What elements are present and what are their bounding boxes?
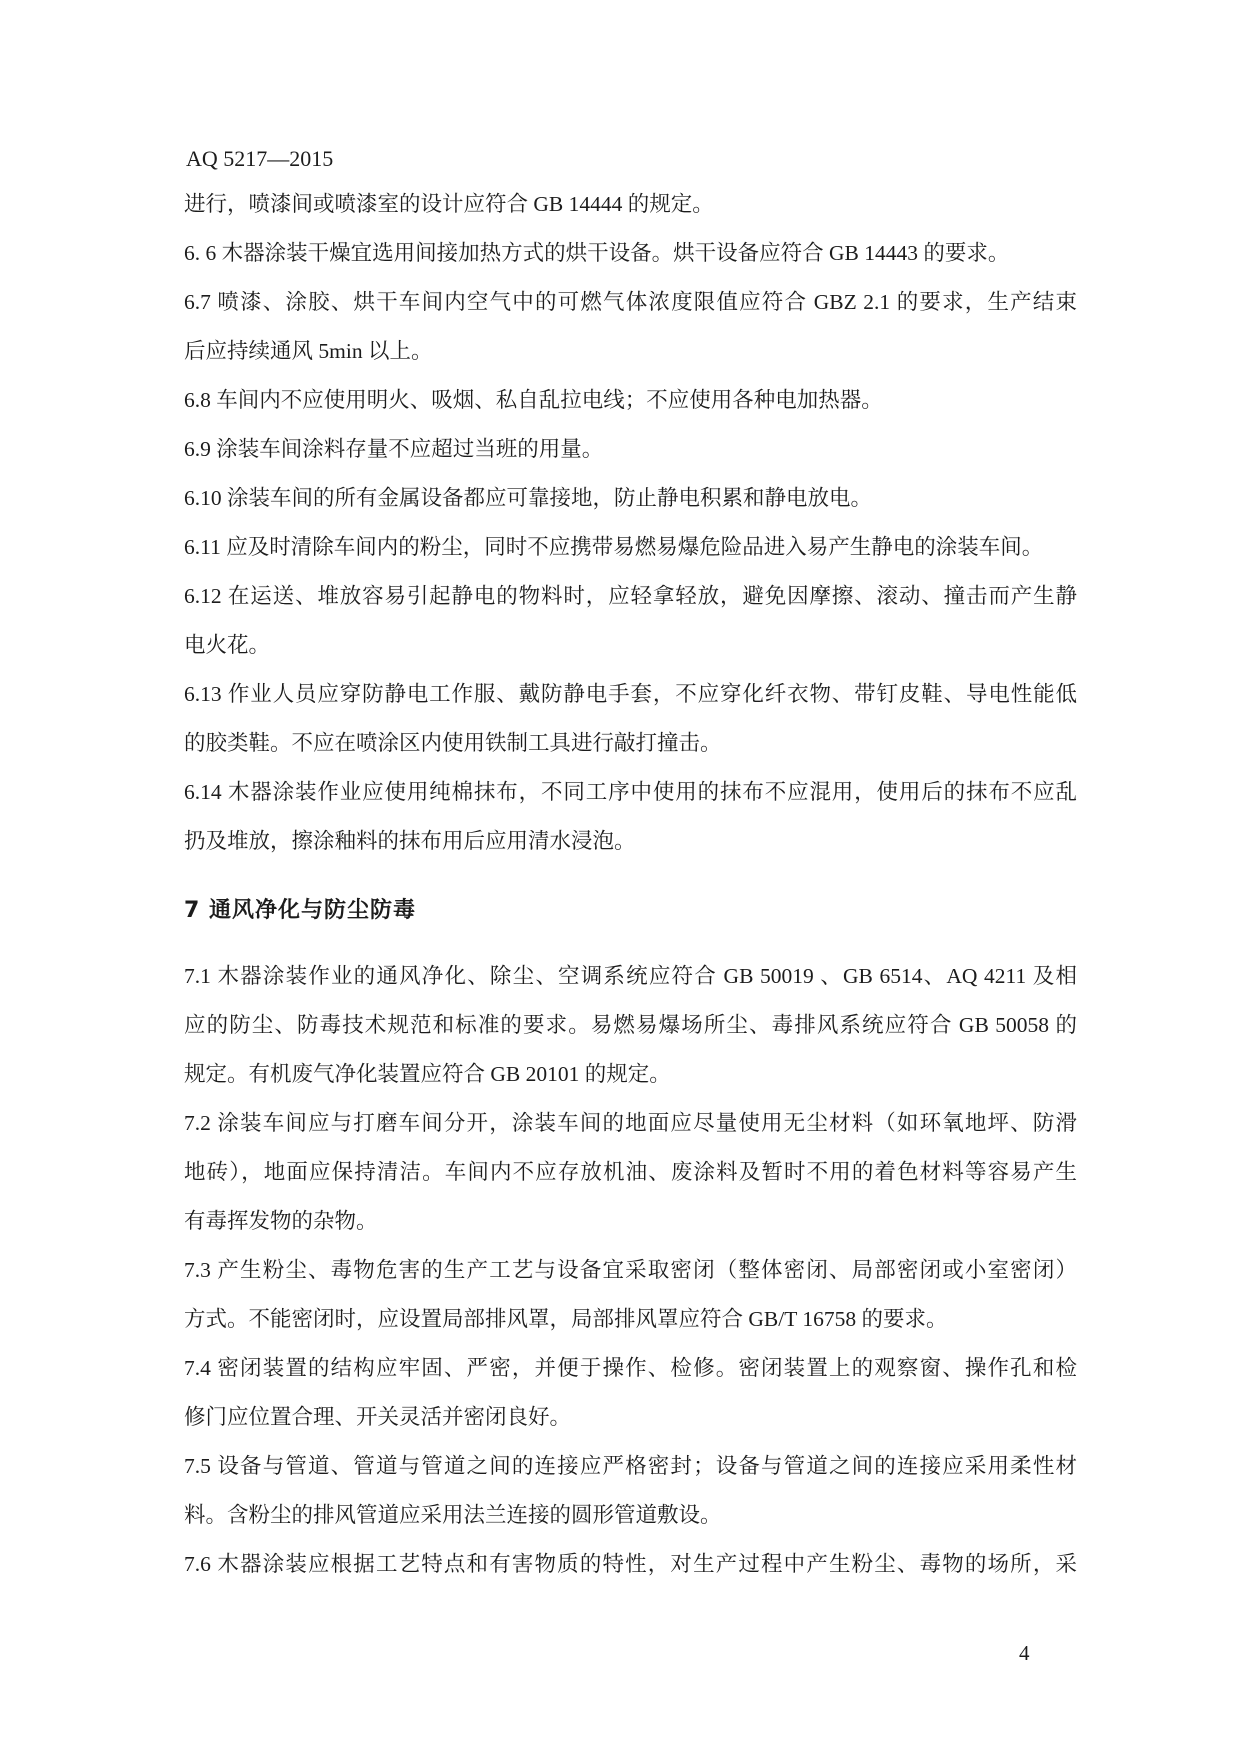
document-line: 6. 6 木器涂装干燥宜选用间接加热方式的烘干设备。烘干设备应符合 GB 144… — [184, 229, 1077, 278]
document-line: 地砖），地面应保持清洁。车间内不应存放机油、废涂料及暂时不用的着色材料等容易产生 — [184, 1148, 1077, 1197]
document-line: 料。含粉尘的排风管道应采用法兰连接的圆形管道敷设。 — [184, 1491, 1077, 1540]
document-line: 后应持续通风 5min 以上。 — [184, 327, 1077, 376]
document-line: 6.9 涂装车间涂料存量不应超过当班的用量。 — [184, 425, 1077, 474]
document-line: 7.6 木器涂装应根据工艺特点和有害物质的特性，对生产过程中产生粉尘、毒物的场所… — [184, 1540, 1077, 1589]
document-line: 应的防尘、防毒技术规范和标准的要求。易燃易爆场所尘、毒排风系统应符合 GB 50… — [184, 1001, 1077, 1050]
page-number: 4 — [1019, 1639, 1030, 1667]
document-line: 7.1 木器涂装作业的通风净化、除尘、空调系统应符合 GB 50019 、GB … — [184, 952, 1077, 1001]
document-line: 7.5 设备与管道、管道与管道之间的连接应严格密封；设备与管道之间的连接应采用柔… — [184, 1442, 1077, 1491]
document-content: 进行，喷漆间或喷漆室的设计应符合 GB 14444 的规定。6. 6 木器涂装干… — [184, 180, 1077, 1589]
document-line: 7.3 产生粉尘、毒物危害的生产工艺与设备宜采取密闭（整体密闭、局部密闭或小室密… — [184, 1246, 1077, 1295]
document-line: 6.8 车间内不应使用明火、吸烟、私自乱拉电线；不应使用各种电加热器。 — [184, 376, 1077, 425]
document-line: 进行，喷漆间或喷漆室的设计应符合 GB 14444 的规定。 — [184, 180, 1077, 229]
document-line: 方式。不能密闭时，应设置局部排风罩，局部排风罩应符合 GB/T 16758 的要… — [184, 1295, 1077, 1344]
document-line: 6.10 涂装车间的所有金属设备都应可靠接地，防止静电积累和静电放电。 — [184, 474, 1077, 523]
document-line: 6.13 作业人员应穿防静电工作服、戴防静电手套，不应穿化纤衣物、带钉皮鞋、导电… — [184, 670, 1077, 719]
section-heading: 7 通风净化与防尘防毒 — [184, 886, 1077, 935]
document-line: 7.4 密闭装置的结构应牢固、严密，并便于操作、检修。密闭装置上的观察窗、操作孔… — [184, 1344, 1077, 1393]
document-line: 的胶类鞋。不应在喷涂区内使用铁制工具进行敲打撞击。 — [184, 719, 1077, 768]
document-line: 电火花。 — [184, 621, 1077, 670]
document-line: 规定。有机废气净化装置应符合 GB 20101 的规定。 — [184, 1050, 1077, 1099]
document-line: 6.11 应及时清除车间内的粉尘，同时不应携带易燃易爆危险品进入易产生静电的涂装… — [184, 523, 1077, 572]
document-line: 6.14 木器涂装作业应使用纯棉抹布，不同工序中使用的抹布不应混用，使用后的抹布… — [184, 768, 1077, 817]
document-page: { "document": { "header": "AQ 5217—2015"… — [0, 0, 1241, 1755]
document-line: 有毒挥发物的杂物。 — [184, 1197, 1077, 1246]
standard-number-header: AQ 5217—2015 — [186, 144, 333, 174]
document-line: 7.2 涂装车间应与打磨车间分开，涂装车间的地面应尽量使用无尘材料（如环氧地坪、… — [184, 1099, 1077, 1148]
document-line: 扔及堆放，擦涂釉料的抹布用后应用清水浸泡。 — [184, 817, 1077, 866]
document-line: 6.7 喷漆、涂胶、烘干车间内空气中的可燃气体浓度限值应符合 GBZ 2.1 的… — [184, 278, 1077, 327]
document-line: 修门应位置合理、开关灵活并密闭良好。 — [184, 1393, 1077, 1442]
document-line: 6.12 在运送、堆放容易引起静电的物料时，应轻拿轻放，避免因摩擦、滚动、撞击而… — [184, 572, 1077, 621]
